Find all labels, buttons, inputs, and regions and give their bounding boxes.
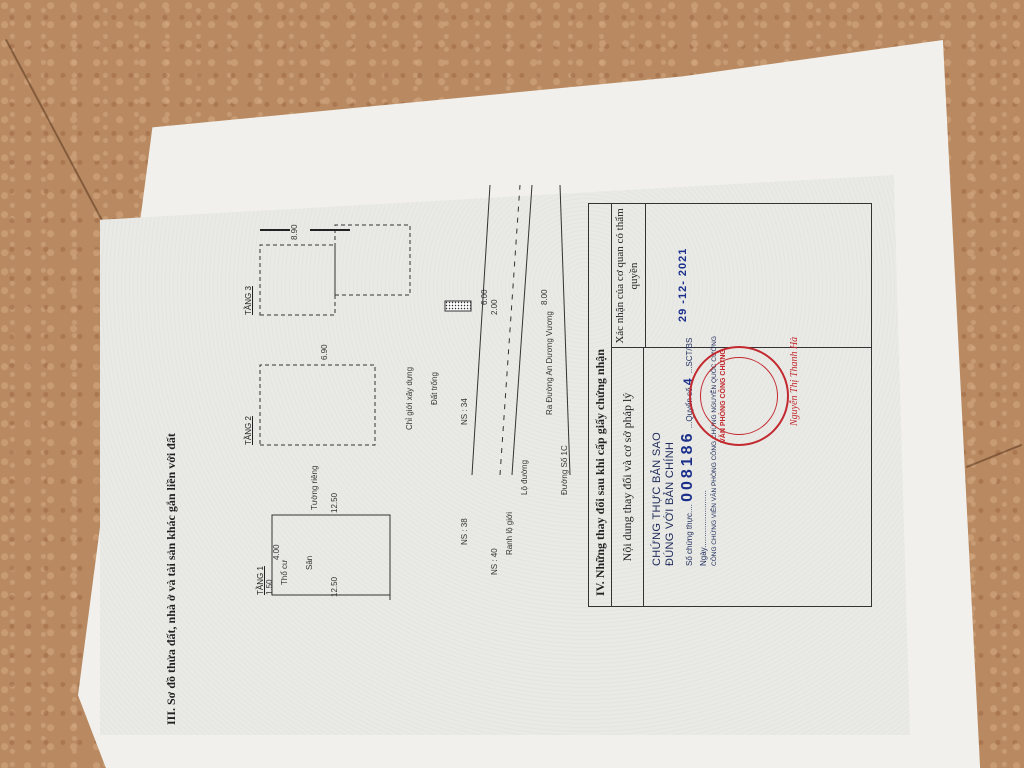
label-ns38: NS : 38 [460,518,469,545]
label-ra-duong: Ra Đường An Dương Vương [545,311,554,415]
section-4-title: IV. Những thay đổi sau khi cấp giấy chứn… [589,204,612,606]
label-ns34: NS : 34 [460,398,469,425]
notary-seal: VĂN PHÒNG CÔNG CHỨNG [689,346,789,446]
seal-text: VĂN PHÒNG CÔNG CHỨNG [719,348,729,444]
column-header-changes: Nội dung thay đổi và cơ sở pháp lý [611,347,644,606]
stamp-date: 29 -12- 2021 [677,248,689,322]
label-dat-trong: Đất trống [430,372,439,405]
dim-6-90: 6.90 [320,344,329,360]
label-san: Sân [305,556,314,570]
cert-line-1: CHỨNG THỰC BẢN SAO [651,346,664,566]
label-duong-so: Đường Số 1C [560,445,569,495]
label-lo-duong: Lộ đường [520,460,529,495]
section-4-table: IV. Những thay đổi sau khi cấp giấy chứn… [588,203,872,607]
label-ns40: NS : 40 [490,548,499,575]
floor-2-label: TẦNG 2 [244,416,253,445]
label-tho-cu: Thổ cư [280,560,289,585]
land-plot-sketch [160,165,590,745]
cert-number-label: Số chứng thực [685,513,694,566]
cert-suffix: SCT/BS [685,338,694,367]
dim-1-50: 1.50 [265,579,274,595]
label-ranh-lo-gioi: Ranh lộ giới [505,512,514,555]
dim-12-50: 12.50 [330,577,339,597]
dim-2-00: 2.00 [490,299,499,315]
dim-6-00: 6.00 [480,289,489,305]
floor-tile-seam [5,39,115,243]
rotated-document-content: III. Sơ đồ thửa đất, nhà ở và tài sản kh… [160,165,920,745]
cert-date-label: Ngày [699,548,708,566]
floor-3-label: TẦNG 3 [244,286,253,315]
label-tuong-rieng: Tường riêng [310,466,319,510]
dim-8-90: 8.90 [290,224,299,240]
dim-4-00: 4.00 [272,544,281,560]
floor-tile-seam [966,444,1022,468]
label-chi-gioi: Chỉ giới xây dựng [405,367,414,430]
cert-number-value: 008186 [679,431,696,502]
dim-12-50b: 12.50 [330,493,339,513]
cert-line-2: ĐÚNG VỚI BẢN CHÍNH [664,346,677,566]
column-header-confirmation: Xác nhận của cơ quan có thẩm quyền [611,204,646,348]
dim-8-00: 8.00 [540,289,549,305]
signer-name: Nguyễn Thị Thanh Hà [789,337,800,426]
floor-1-label: TẦNG 1 [256,566,265,595]
